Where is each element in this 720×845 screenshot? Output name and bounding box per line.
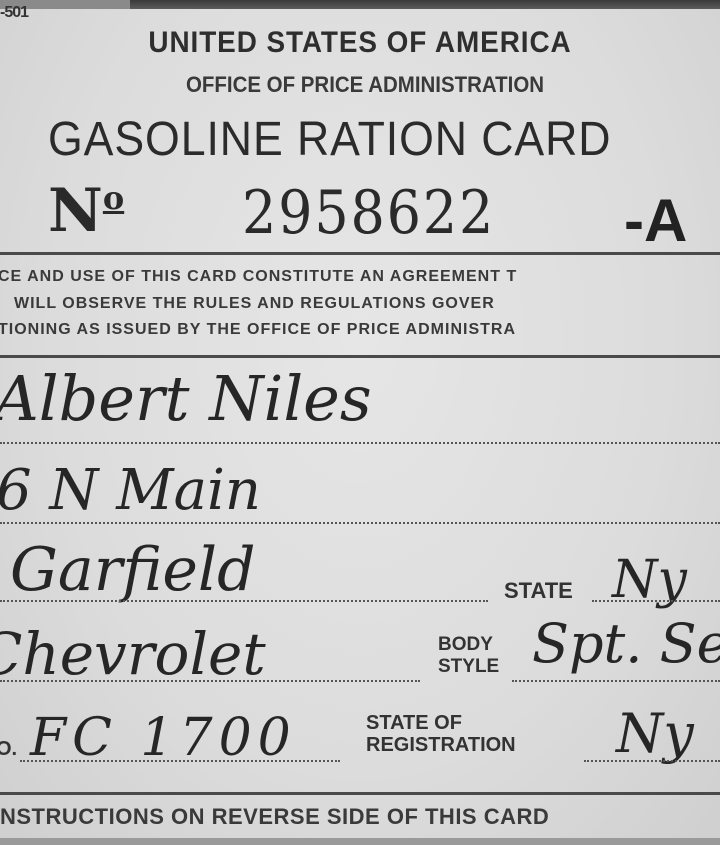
city-value: Garfield [10, 535, 256, 605]
license-field-line [20, 760, 340, 762]
number-label: No [48, 176, 124, 246]
address-value: 6 N Main [0, 458, 261, 523]
class-suffix: -A [624, 186, 687, 255]
state-of-registration-label: STATE OFREGISTRATION [366, 712, 516, 756]
rule-divider [0, 792, 720, 795]
registration-field-line [584, 760, 720, 762]
make-field-line [0, 680, 420, 682]
name-value: Albert Niles [0, 362, 372, 435]
bottom-edge [0, 838, 720, 845]
body-style-field-line [512, 680, 720, 682]
form-number-fragment: -501 [0, 4, 28, 22]
gasoline-ration-card: -501 UNITED STATES OF AMERICA OFFICE OF … [0, 0, 720, 845]
country-heading: UNITED STATES OF AMERICA [25, 26, 695, 60]
body-style-value: Spt. Se [532, 612, 720, 675]
registration-label: REGISTRATION [366, 734, 516, 756]
agreement-line-1: CE AND USE OF THIS CARD CONSTITUTE AN AG… [0, 268, 517, 286]
style-label: STYLE [438, 656, 499, 678]
reverse-side-instructions: NSTRUCTIONS ON REVERSE SIDE OF THIS CARD [0, 804, 549, 830]
name-field-line [0, 442, 720, 444]
address-field-line [0, 522, 720, 524]
rule-divider [0, 355, 720, 358]
state-label: STATE [504, 578, 573, 604]
card-title: GASOLINE RATION CARD [48, 112, 611, 167]
license-label-fragment: O. [0, 738, 17, 761]
number-label-o: o [103, 179, 124, 217]
registration-state-value: Ny [616, 702, 694, 765]
top-border [0, 0, 720, 9]
agreement-line-3: TIONING AS ISSUED BY THE OFFICE OF PRICE… [0, 321, 516, 339]
agency-heading: OFFICE OF PRICE ADMINISTRATION [26, 72, 705, 98]
city-field-line [0, 600, 488, 602]
license-value: FC 1700 [30, 708, 297, 768]
state-field-line [592, 600, 720, 602]
rule-divider [0, 252, 720, 255]
serial-number: 2958622 [242, 178, 495, 248]
make-value: Chevrolet [0, 620, 266, 688]
body-style-label: BODYSTYLE [438, 634, 499, 678]
agreement-line-2: WILL OBSERVE THE RULES AND REGULATIONS G… [14, 295, 495, 313]
number-label-n: N [48, 176, 103, 246]
state-of-label: STATE OF [366, 712, 516, 734]
body-label: BODY [438, 634, 499, 656]
